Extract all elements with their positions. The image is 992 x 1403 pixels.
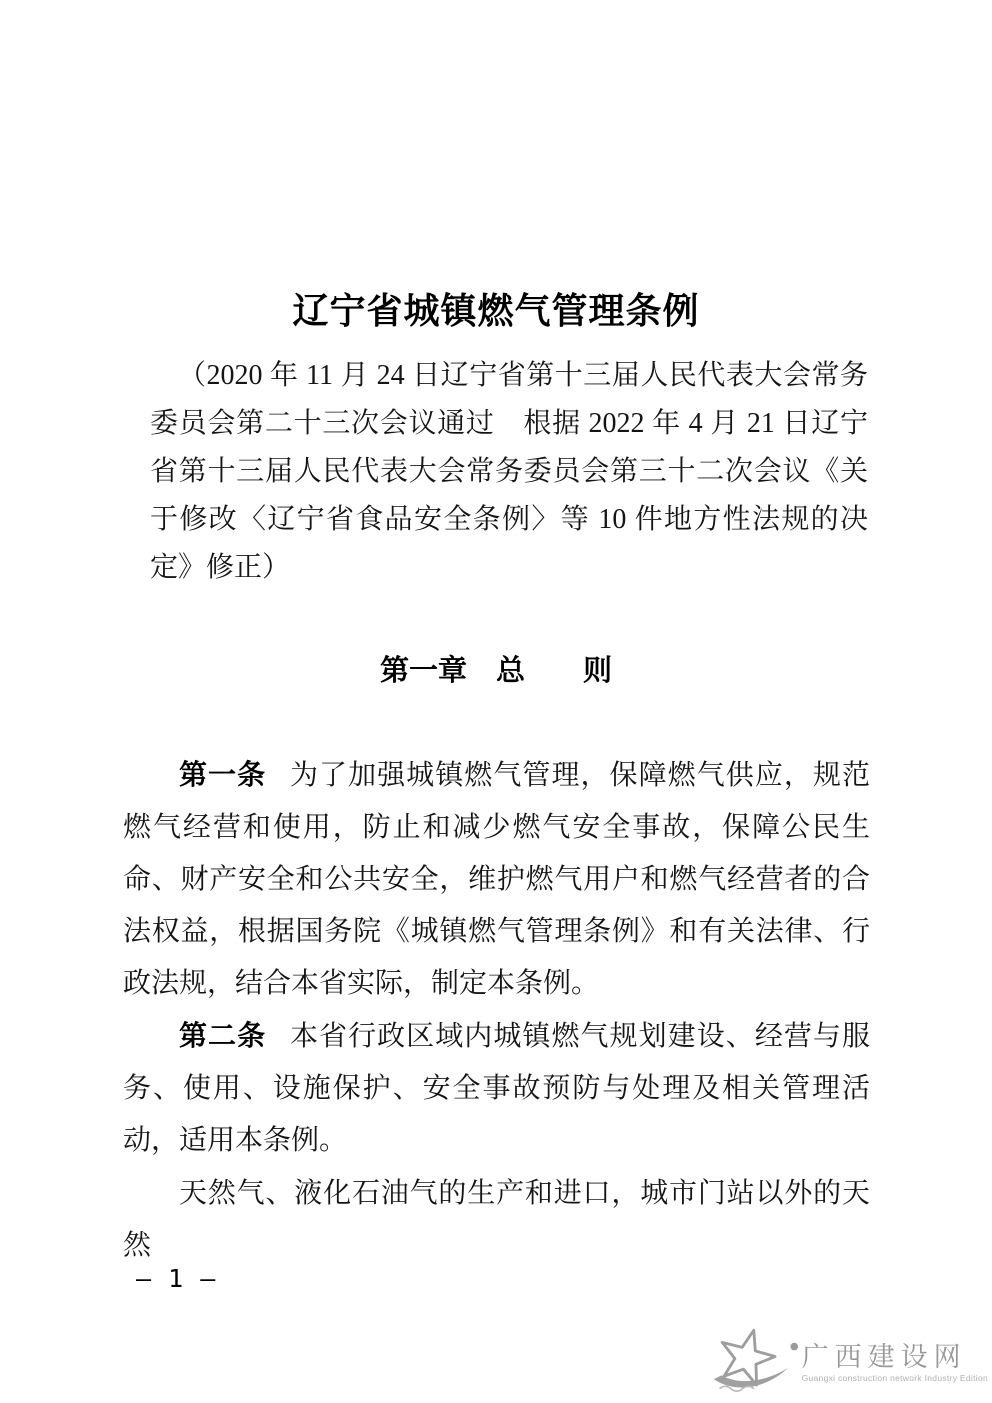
article-1-number-label: 第一条 — [179, 759, 266, 790]
watermark-text-block: 广西建设网 Guangxi construction network Indus… — [802, 1342, 988, 1383]
preamble-paragraph: （2020 年 11 月 24 日辽宁省第十三届人民代表大会常务委员会第二十三次… — [150, 352, 868, 592]
chapter-heading: 第一章 总 则 — [0, 648, 992, 689]
star-logo-icon — [708, 1324, 800, 1401]
watermark-site-name: 广西建设网 — [802, 1342, 967, 1372]
page-number: — 1 — — [136, 1264, 216, 1293]
article-2-number-label: 第二条 — [179, 1020, 266, 1051]
document-title: 辽宁省城镇燃气管理条例 — [0, 283, 992, 334]
article-paragraph-2: 第二条本省行政区域内城镇燃气规划建设、经营与服务、使用、设施保护、安全事故预防与… — [123, 1010, 870, 1167]
watermark: 广西建设网 Guangxi construction network Indus… — [708, 1324, 988, 1401]
article-3-text: 天然气、液化石油气的生产和进口，城市门站以外的天然 — [123, 1178, 870, 1261]
article-paragraph-3: 天然气、液化石油气的生产和进口，城市门站以外的天然 — [123, 1167, 870, 1272]
article-1-text: 为了加强城镇燃气管理，保障燃气供应，规范燃气经营和使用，防止和减少燃气安全事故，… — [123, 760, 870, 999]
article-body: 第一条为了加强城镇燃气管理，保障燃气供应，规范燃气经营和使用，防止和减少燃气安全… — [123, 749, 870, 1272]
document-page: 辽宁省城镇燃气管理条例 （2020 年 11 月 24 日辽宁省第十三届人民代表… — [0, 0, 992, 1403]
article-paragraph-1: 第一条为了加强城镇燃气管理，保障燃气供应，规范燃气经营和使用，防止和减少燃气安全… — [123, 749, 870, 1010]
watermark-tagline: Guangxi construction network Industry Ed… — [802, 1373, 988, 1383]
